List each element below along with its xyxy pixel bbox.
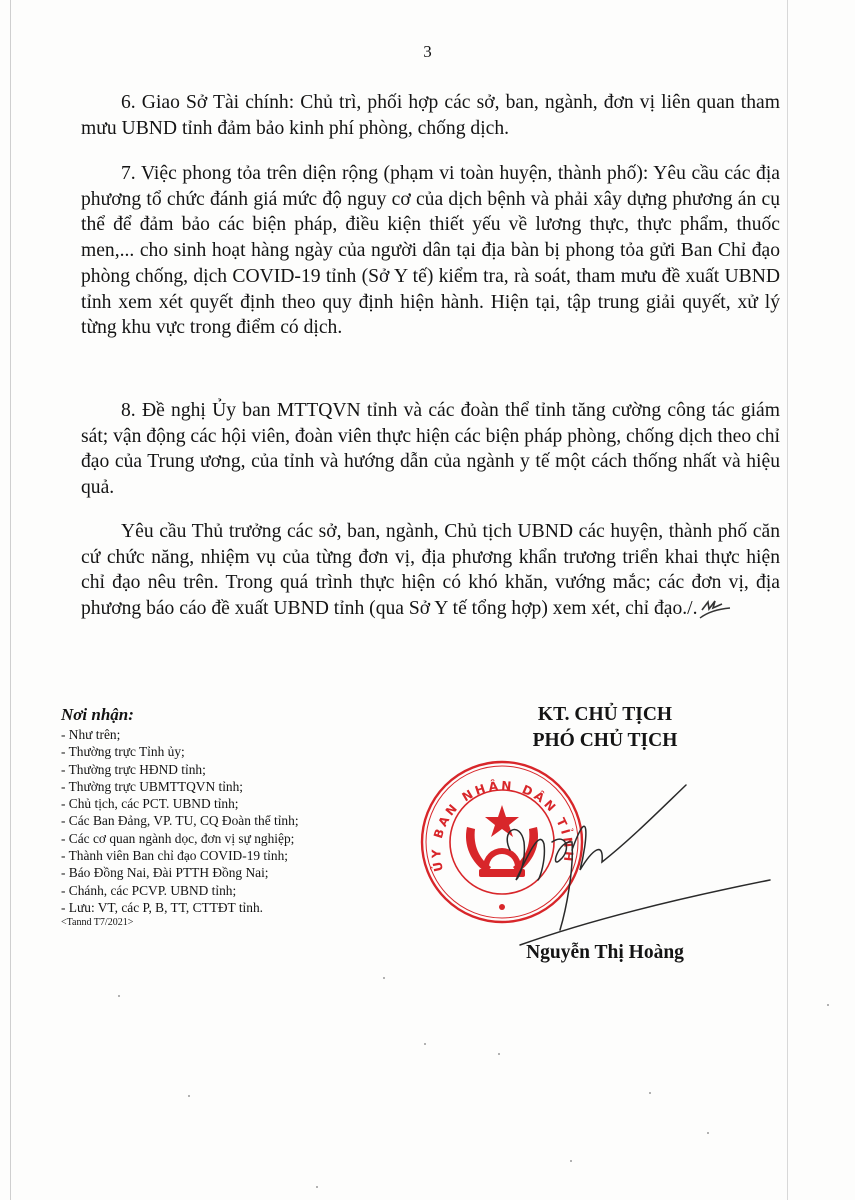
paragraph-6-text: 6. Giao Sở Tài chính: Chủ trì, phối hợp … bbox=[81, 90, 780, 141]
paragraph-6: 6. Giao Sở Tài chính: Chủ trì, phối hợp … bbox=[81, 90, 780, 141]
recipient-item: - Báo Đồng Nai, Đài PTTH Đồng Nai; bbox=[61, 864, 391, 881]
recipients-block: Nơi nhận: - Như trên; - Thường trực Tỉnh… bbox=[61, 705, 391, 929]
scan-speck bbox=[827, 1004, 829, 1006]
recipient-item: - Thành viên Ban chỉ đạo COVID-19 tỉnh; bbox=[61, 847, 391, 864]
recipient-item: - Thường trực Tỉnh ủy; bbox=[61, 743, 391, 760]
recipient-item: - Thường trực UBMTTQVN tỉnh; bbox=[61, 778, 391, 795]
initials-mark-icon bbox=[698, 596, 734, 620]
paragraph-7: 7. Việc phong tỏa trên diện rộng (phạm v… bbox=[81, 161, 780, 341]
signature-title-block: KT. CHỦ TỊCH PHÓ CHỦ TỊCH bbox=[470, 702, 740, 754]
handwritten-signature-icon bbox=[480, 780, 780, 950]
scan-speck bbox=[570, 1160, 572, 1162]
paragraph-7-text: 7. Việc phong tỏa trên diện rộng (phạm v… bbox=[81, 161, 780, 341]
recipient-item: - Như trên; bbox=[61, 726, 391, 743]
recipient-item: - Chánh, các PCVP. UBND tỉnh; bbox=[61, 882, 391, 899]
signature-title-line2: PHÓ CHỦ TỊCH bbox=[470, 728, 740, 754]
signature-title-line1: KT. CHỦ TỊCH bbox=[470, 702, 740, 728]
page-number: 3 bbox=[0, 42, 855, 62]
closing-paragraph-wrap: Yêu cầu Thủ trưởng các sở, ban, ngành, C… bbox=[81, 519, 780, 622]
scan-speck bbox=[424, 1043, 426, 1045]
scan-speck bbox=[316, 1186, 318, 1188]
paragraph-8-text: 8. Đề nghị Ủy ban MTTQVN tỉnh và các đoà… bbox=[81, 398, 780, 501]
page-edge-left bbox=[10, 0, 11, 1200]
recipients-title: Nơi nhận: bbox=[61, 705, 391, 725]
scan-speck bbox=[118, 995, 120, 997]
recipient-item: - Các Ban Đảng, VP. TU, CQ Đoàn thể tỉnh… bbox=[61, 812, 391, 829]
scan-speck bbox=[188, 1095, 190, 1097]
scan-speck bbox=[383, 977, 385, 979]
paragraph-8: 8. Đề nghị Ủy ban MTTQVN tỉnh và các đoà… bbox=[81, 398, 780, 501]
recipient-item: - Chủ tịch, các PCT. UBND tỉnh; bbox=[61, 795, 391, 812]
scan-speck bbox=[649, 1092, 651, 1094]
page-edge-right bbox=[787, 0, 788, 1200]
closing-paragraph: Yêu cầu Thủ trưởng các sở, ban, ngành, C… bbox=[81, 519, 780, 622]
scan-speck bbox=[707, 1132, 709, 1134]
closing-paragraph-text: Yêu cầu Thủ trưởng các sở, ban, ngành, C… bbox=[81, 521, 780, 619]
scan-speck bbox=[498, 1053, 500, 1055]
recipients-list: - Như trên; - Thường trực Tỉnh ủy; - Thư… bbox=[61, 726, 391, 916]
recipient-item: - Lưu: VT, các P, B, TT, CTTĐT tỉnh. bbox=[61, 899, 391, 916]
file-reference-note: <Tannd T7/2021> bbox=[61, 916, 391, 929]
signer-name: Nguyễn Thị Hoàng bbox=[470, 942, 740, 964]
recipient-item: - Thường trực HĐND tỉnh; bbox=[61, 761, 391, 778]
recipient-item: - Các cơ quan ngành dọc, đơn vị sự nghiệ… bbox=[61, 830, 391, 847]
